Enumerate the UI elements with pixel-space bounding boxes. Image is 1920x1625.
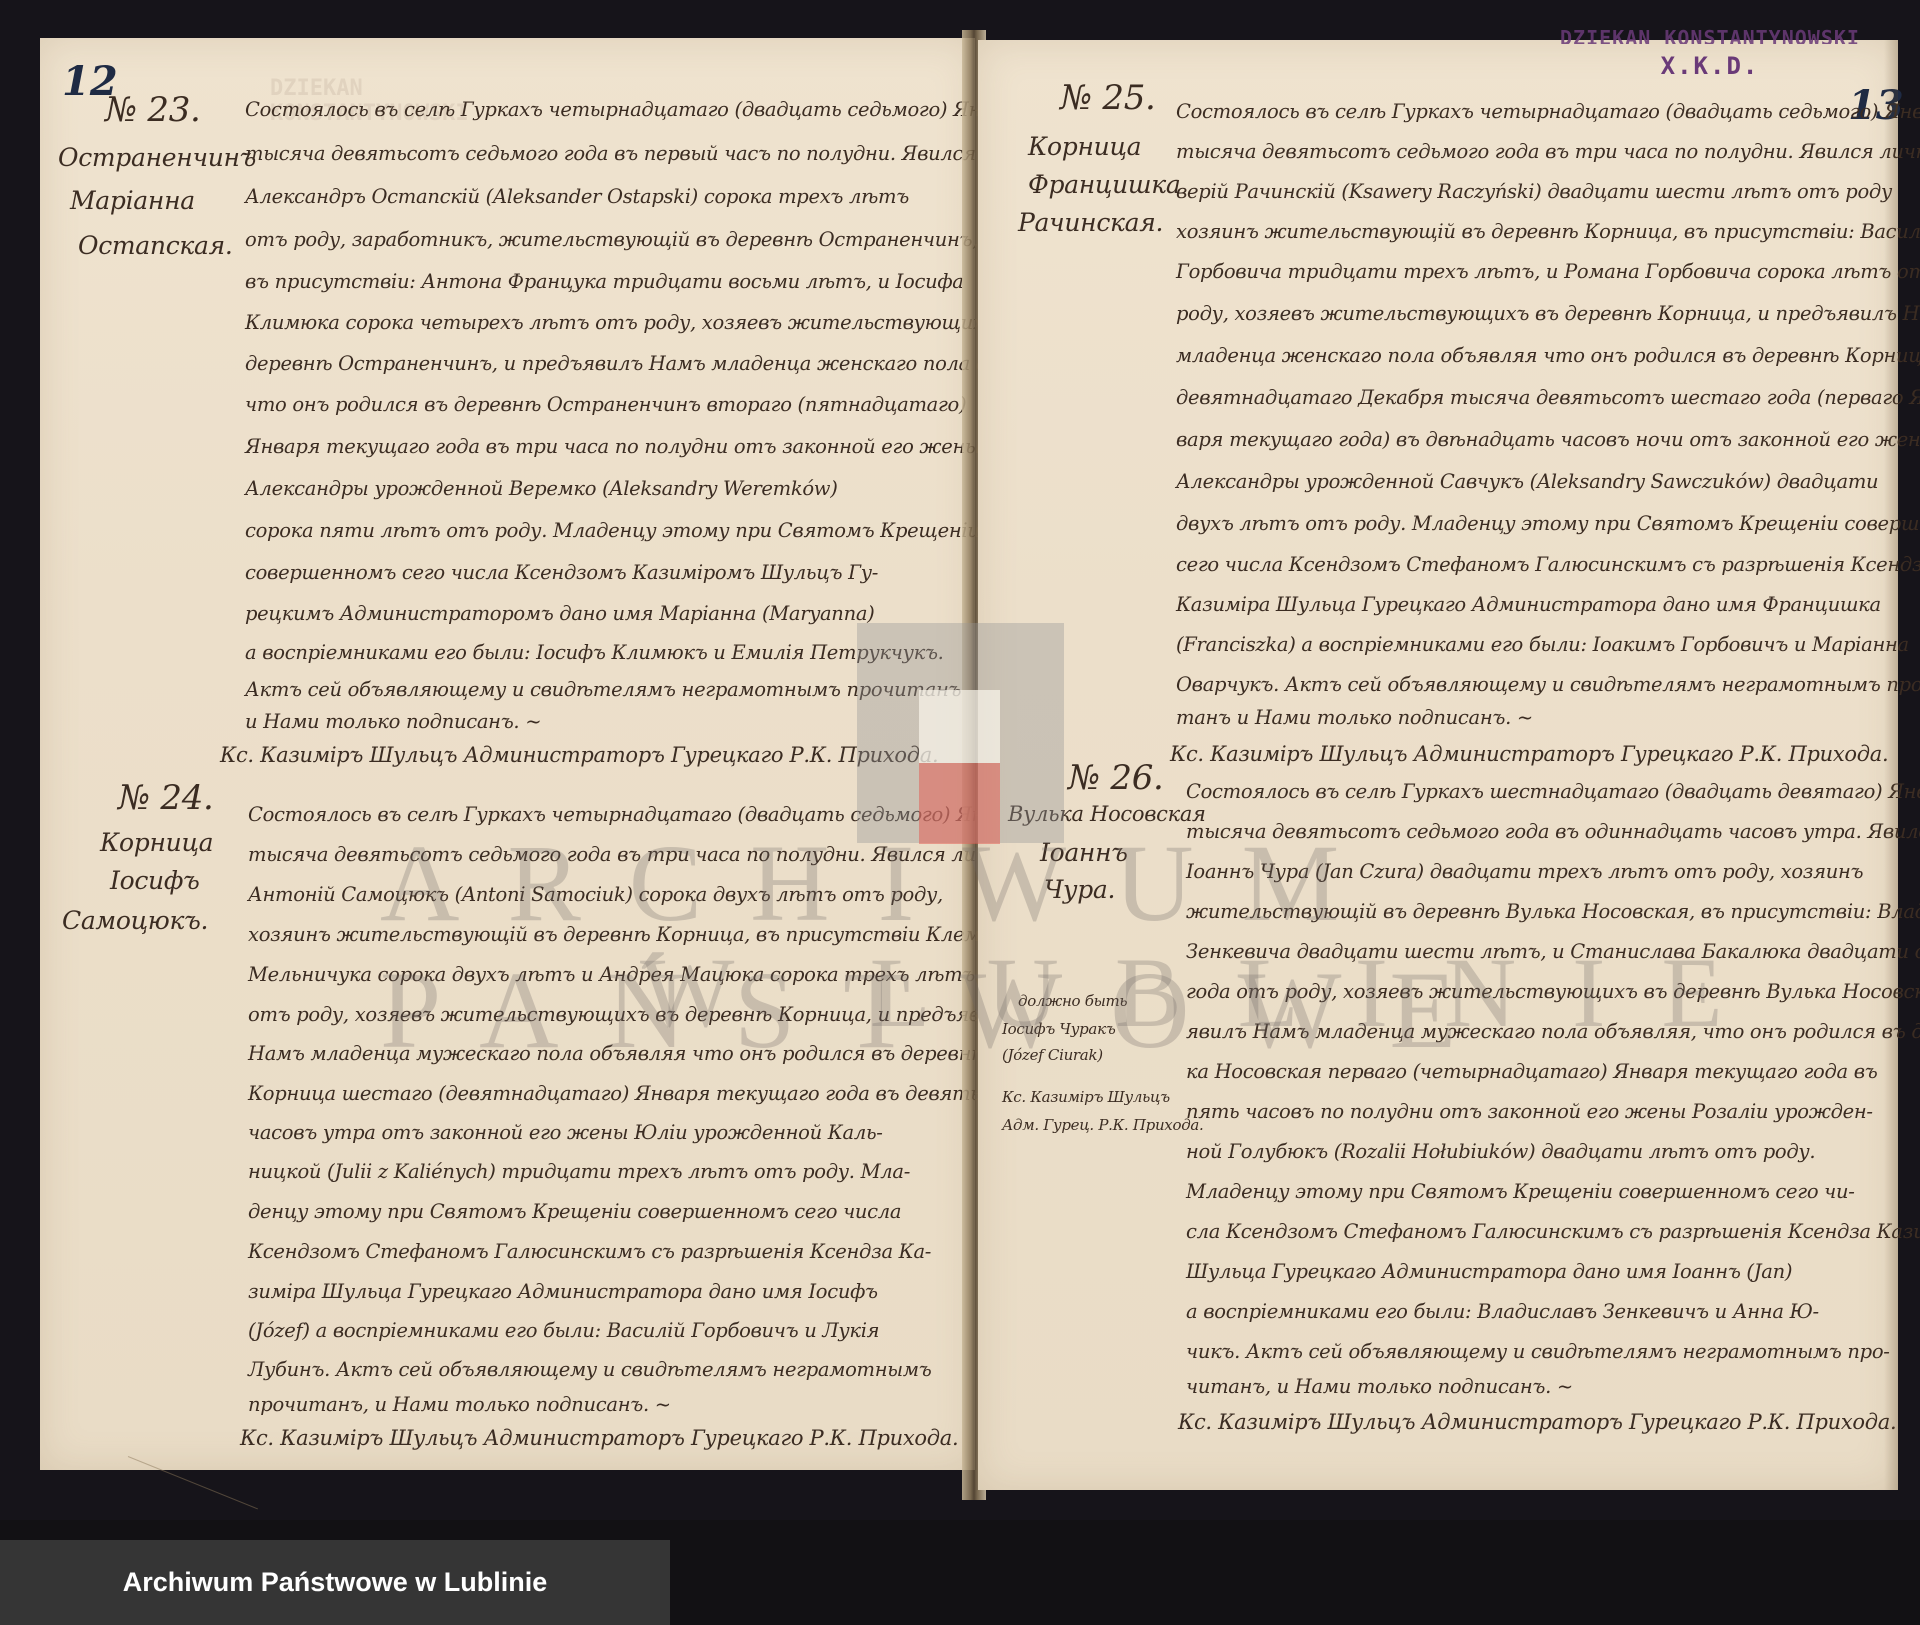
record-line: тысяча девятьсотъ седьмого года въ первы… — [245, 142, 1048, 165]
margin-child-name: Францишка — [1028, 170, 1181, 199]
entry-number: № 24. — [118, 778, 214, 818]
record-line: Александръ Остапскій (Aleksander Ostapsk… — [245, 185, 909, 208]
record-line: Корница шестаго (девятнадцатаго) Января … — [248, 1082, 981, 1105]
record-line: тысяча девятьсотъ седьмого года въ одинн… — [1186, 820, 1920, 843]
record-line: въ присутствіи: Антона Францука тридцати… — [245, 270, 964, 293]
correction-note: должно быть — [1018, 992, 1127, 1010]
record-line: а воспріемниками его были: Владиславъ Зе… — [1186, 1300, 1819, 1323]
archive-logo-white-block — [919, 690, 1000, 763]
record-line: Актъ сей объявляющему и свидѣтелямъ негр… — [245, 678, 961, 701]
margin-village: Корница — [1028, 132, 1141, 161]
record-line: ницкой (Julii z Kaliénych) тридцати трех… — [248, 1160, 910, 1183]
stamp-initials: X.K.D. — [1560, 52, 1860, 80]
record-line: младенца женскаго пола объявляя что онъ … — [1176, 344, 1920, 367]
record-line: роду, хозяевъ жительствующихъ въ деревнѣ… — [1176, 302, 1920, 325]
record-line: Января текущаго года въ три часа по полу… — [245, 435, 981, 458]
archive-caption-bar: Archiwum Państwowe w Lublinie — [0, 1540, 670, 1625]
margin-village: Остраненчинъ — [58, 143, 256, 172]
archive-logo-red-block — [919, 763, 1000, 844]
record-line: Горбовича тридцати трехъ лѣтъ, и Романа … — [1176, 260, 1920, 283]
record-line: Зенкевича двадцати шести лѣтъ, и Станисл… — [1186, 940, 1920, 963]
record-line: Состоялось въ селѣ Гуркахъ шестнадцатаго… — [1186, 780, 1920, 803]
record-line: отъ роду, заработникъ, жительствующій въ… — [245, 228, 978, 251]
record-line: а воспріемниками его были: Іосифъ Климюк… — [245, 641, 944, 664]
record-line: Намъ младенца мужескаго пола объявляя чт… — [248, 1042, 988, 1065]
priest-signature: Кс. Казиміръ Шульцъ Администраторъ Гурец… — [1170, 742, 1888, 766]
record-line: сего числа Ксендзомъ Стефаномъ Галюсинск… — [1176, 553, 1920, 576]
entry-number: № 23. — [105, 90, 201, 130]
record-line: жительствующій въ деревнѣ Вулька Носовск… — [1186, 900, 1920, 923]
record-line: сла Ксендзомъ Стефаномъ Галюсинскимъ съ … — [1186, 1220, 1920, 1243]
record-line: и Нами только подписанъ. ~ — [245, 710, 541, 733]
record-line: ка Носовская перваго (четырнадцатаго) Ян… — [1186, 1060, 1878, 1083]
margin-child-name: Маріанна — [70, 186, 195, 215]
record-line: Климюка сорока четырехъ лѣтъ отъ роду, х… — [245, 311, 1026, 334]
priest-signature: Кс. Казиміръ Шульцъ Администраторъ Гурец… — [240, 1426, 958, 1450]
margin-surname: Рачинская. — [1018, 208, 1163, 237]
record-line: Александры урожденной Веремко (Aleksandr… — [245, 477, 838, 500]
priest-signature: Кс. Казиміръ Шульцъ Администраторъ Гурец… — [220, 743, 938, 767]
stamp-top-text: DZIEKAN KONSTANTYNOWSKI — [1560, 26, 1860, 44]
record-line: танъ и Нами только подписанъ. ~ — [1176, 706, 1533, 729]
record-line: денцу этому при Святомъ Крещеніи соверше… — [248, 1200, 901, 1223]
record-line: явилъ Намъ младенца мужескаго пола объяв… — [1186, 1020, 1920, 1043]
record-line: ной Голубюкъ (Rozalii Hołubiuków) двадца… — [1186, 1140, 1815, 1163]
record-line: варя текущаго года) въ двѣнадцать часовъ… — [1176, 428, 1920, 451]
margin-village: Корница — [100, 828, 213, 857]
record-line: Мельничука сорока двухъ лѣтъ и Андрея Ма… — [248, 963, 975, 986]
record-line: тысяча девятьсотъ седьмого года въ три ч… — [248, 843, 1018, 866]
record-line: Антоній Самоцюкъ (Antoni Samociuk) сорок… — [248, 883, 943, 906]
record-line: года отъ роду, хозяевъ жительствующихъ в… — [1186, 980, 1920, 1003]
record-line: девятнадцатаго Декабря тысяча девятьсотъ… — [1176, 386, 1920, 409]
margin-surname: Самоцюкъ. — [62, 906, 208, 935]
record-line: Ксендзомъ Стефаномъ Галюсинскимъ съ разр… — [248, 1240, 931, 1263]
record-line: Младенцу этому при Святомъ Крещеніи сове… — [1186, 1180, 1855, 1203]
record-line: сорока пяти лѣтъ отъ роду. Младенцу этом… — [245, 519, 980, 542]
record-line: тысяча девятьсотъ седьмого года въ три ч… — [1176, 140, 1920, 163]
record-line: Шульца Гурецкаго Администратора дано имя… — [1186, 1260, 1792, 1283]
document-viewer: DZIEKAN KONSTANTYNOWSKI 12 № 23. Остране… — [0, 0, 1920, 1625]
correction-note: Іосифъ Чуракъ — [1002, 1020, 1115, 1038]
record-line: Оварчукъ. Актъ сей объявляющему и свидѣт… — [1176, 673, 1920, 696]
entry-number: № 26. — [1068, 758, 1164, 798]
record-line: читанъ, и Нами только подписанъ. ~ — [1186, 1375, 1573, 1398]
record-line: пять часовъ по полудни отъ законной его … — [1186, 1100, 1873, 1123]
record-line: Лубинъ. Актъ сей объявляющему и свидѣтел… — [248, 1358, 931, 1381]
margin-surname: Чура. — [1044, 875, 1115, 904]
record-line: отъ роду, хозяевъ жительствующихъ въ дер… — [248, 1003, 1017, 1026]
record-line: Состоялось въ селѣ Гуркахъ четырнадцатаг… — [245, 98, 1028, 121]
margin-child-name: Іосифъ — [110, 866, 199, 895]
correction-note: (Józef Ciurak) — [1002, 1046, 1103, 1064]
entry-number: № 25. — [1060, 78, 1156, 118]
dean-stamp: DZIEKAN KONSTANTYNOWSKI X.K.D. — [1560, 40, 1860, 80]
record-line: что онъ родился въ деревнѣ Остраненчинъ … — [245, 393, 966, 416]
record-line: Состоялось въ селѣ Гуркахъ четырнадцатаг… — [1176, 100, 1920, 123]
correction-signature: Адм. Гурец. Р.К. Прихода. — [1002, 1116, 1204, 1134]
record-line: рецкимъ Администраторомъ данo имя Маріан… — [245, 602, 874, 625]
record-line: прочитанъ, и Нами только подписанъ. ~ — [248, 1393, 671, 1416]
record-line: деревнѣ Остраненчинъ, и предъявилъ Намъ … — [245, 352, 1073, 375]
margin-surname: Остапская. — [78, 231, 233, 260]
record-line: совершенномъ сего числа Ксендзомъ Казимі… — [245, 561, 878, 584]
record-line: часовъ утра отъ законной его жены Юліи у… — [248, 1121, 883, 1144]
record-line: Іоаннъ Чура (Jan Czura) двадцати трехъ л… — [1186, 860, 1863, 883]
record-line: хозяинъ жительствующій въ деревнѣ Корниц… — [1176, 220, 1920, 243]
correction-signature: Кс. Казиміръ Шульцъ — [1002, 1088, 1170, 1106]
record-line: Александры урожденной Савчукъ (Aleksandr… — [1176, 470, 1878, 493]
record-line: Казиміра Шульца Гурецкаго Администратора… — [1176, 593, 1881, 616]
record-line: верій Рачинскій (Ksawery Raczyński) двад… — [1176, 180, 1892, 203]
record-line: зиміра Шульца Гурецкаго Администратора д… — [248, 1280, 878, 1303]
record-line: чикъ. Актъ сей объявляющему и свидѣтелям… — [1186, 1340, 1890, 1363]
record-line: двухъ лѣтъ отъ роду. Младенцу этому при … — [1176, 512, 1920, 535]
record-line: (Franciszka) а воспріемниками его были: … — [1176, 633, 1909, 656]
record-line: хозяинъ жительствующій въ деревнѣ Корниц… — [248, 923, 1033, 946]
record-line: (Józef) а воспріемниками его были: Васил… — [248, 1319, 879, 1342]
right-page: 13 № 25. Корница Францишка Рачинская. Со… — [978, 40, 1898, 1490]
priest-signature: Кс. Казиміръ Шульцъ Администраторъ Гурец… — [1178, 1410, 1896, 1434]
archive-name: Archiwum Państwowe w Lublinie — [123, 1567, 548, 1598]
left-page: DZIEKAN KONSTANTYNOWSKI 12 № 23. Остране… — [40, 38, 975, 1470]
